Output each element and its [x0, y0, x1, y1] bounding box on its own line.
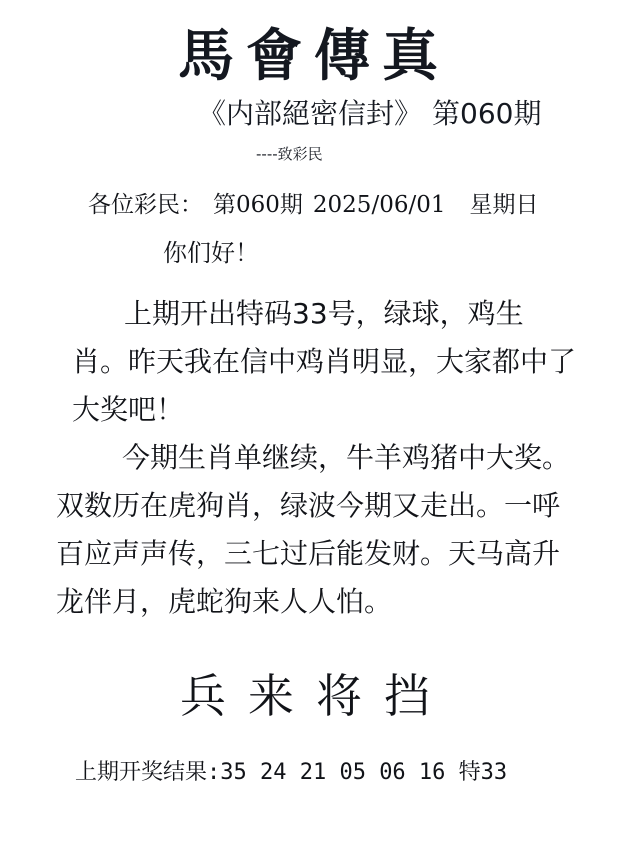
issue-number: 第060期 — [432, 97, 541, 130]
salutation: 各位彩民： — [88, 192, 203, 218]
paragraph-2: 今期生肖单继续，牛羊鸡猪中大奖。双数历在虎狗肖，绿波今期又走出。一呼百应声声传，… — [56, 434, 576, 626]
greeting-issue: 第060期 — [213, 192, 303, 218]
result-label: 上期开奖结果: — [75, 760, 220, 785]
weekday: 星期日 — [469, 192, 538, 218]
subtitle-line: 《内部絕密信封》第060期 — [198, 92, 541, 132]
paragraph-1: 上期开出特码33号，绿球，鸡生肖。昨天我在信中鸡肖明显，大家都中了大奖吧！ — [56, 290, 576, 434]
last-result: 上期开奖结果:35 24 21 05 06 16 特33 — [75, 755, 507, 786]
result-numbers: 35 24 21 05 06 16 — [220, 760, 445, 785]
hello: 你们好！ — [163, 233, 259, 268]
subtitle: 《内部絕密信封》 — [198, 97, 422, 130]
date: 2025/06/01 — [313, 192, 446, 218]
slogan: 兵来将挡 — [180, 660, 452, 726]
result-special: 特33 — [459, 760, 508, 785]
page-title: 馬會傳真 — [178, 12, 450, 92]
greeting-line: 各位彩民：第060期2025/06/01星期日 — [88, 186, 548, 219]
letter-body: 上期开出特码33号，绿球，鸡生肖。昨天我在信中鸡肖明显，大家都中了大奖吧！ 今期… — [56, 290, 576, 626]
signoff: ----致彩民 — [256, 143, 323, 164]
